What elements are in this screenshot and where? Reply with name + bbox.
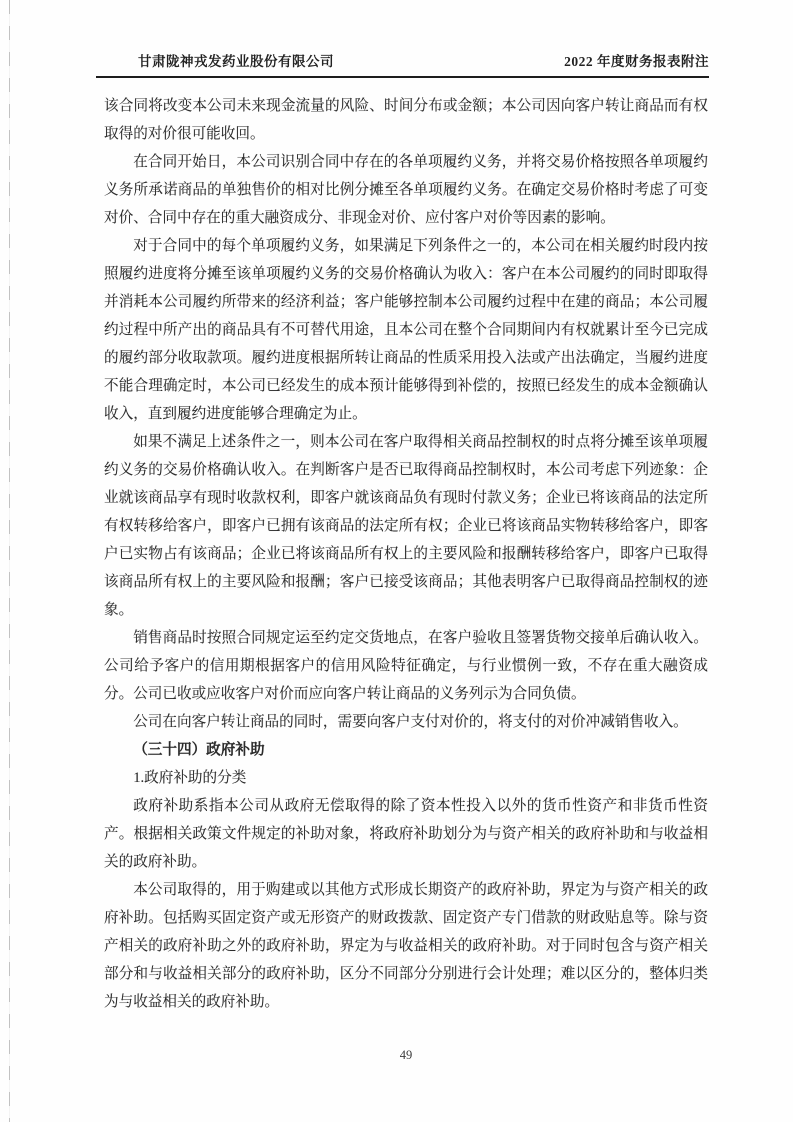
header-doc-title: 2022 年度财务报表附注	[564, 50, 709, 70]
paragraph-asset-vs-income-grants: 本公司取得的，用于购建或以其他方式形成长期资产的政府补助，界定为与资产相关的政府…	[104, 876, 708, 1016]
paragraph-contract-start-obligations: 在合同开始日，本公司识别合同中存在的各单项履约义务，并将交易价格按照各单项履约义…	[104, 148, 708, 232]
paragraph-point-in-time-control: 如果不满足上述条件之一，则本公司在客户取得相关商品控制权的时点将分摊至该单项履约…	[104, 428, 708, 624]
paragraph-revenue-contract-continuation: 该合同将改变本公司未来现金流量的风险、时间分布或金额；本公司因向客户转让商品而有…	[104, 92, 708, 148]
subheading-grant-classification: 1.政府补助的分类	[104, 764, 708, 792]
page-number: 49	[400, 1048, 413, 1062]
paragraph-goods-delivery-recognition: 销售商品时按照合同规定运至约定交货地点，在客户验收且签署货物交接单后确认收入。公…	[104, 624, 708, 708]
page-header: 甘肃陇神戎发药业股份有限公司 2022 年度财务报表附注	[96, 50, 709, 78]
document-body: 该合同将改变本公司未来现金流量的风险、时间分布或金额；本公司因向客户转让商品而有…	[104, 92, 708, 1016]
scan-edge-artifact	[9, 0, 10, 1122]
heading-government-grants: （三十四）政府补助	[104, 736, 708, 764]
page-footer: 49	[104, 1048, 708, 1063]
paragraph-grant-definition: 政府补助系指本公司从政府无偿取得的除了资本性投入以外的货币性资产和非货币性资产。…	[104, 792, 708, 876]
header-company-name: 甘肃陇神戎发药业股份有限公司	[96, 50, 334, 70]
paragraph-performance-over-time: 对于合同中的每个单项履约义务，如果满足下列条件之一的，本公司在相关履约时段内按照…	[104, 232, 708, 428]
document-page: 甘肃陇神戎发药业股份有限公司 2022 年度财务报表附注 该合同将改变本公司未来…	[0, 0, 793, 1122]
paragraph-consideration-payable: 公司在向客户转让商品的同时，需要向客户支付对价的，将支付的对价冲减销售收入。	[104, 708, 708, 736]
